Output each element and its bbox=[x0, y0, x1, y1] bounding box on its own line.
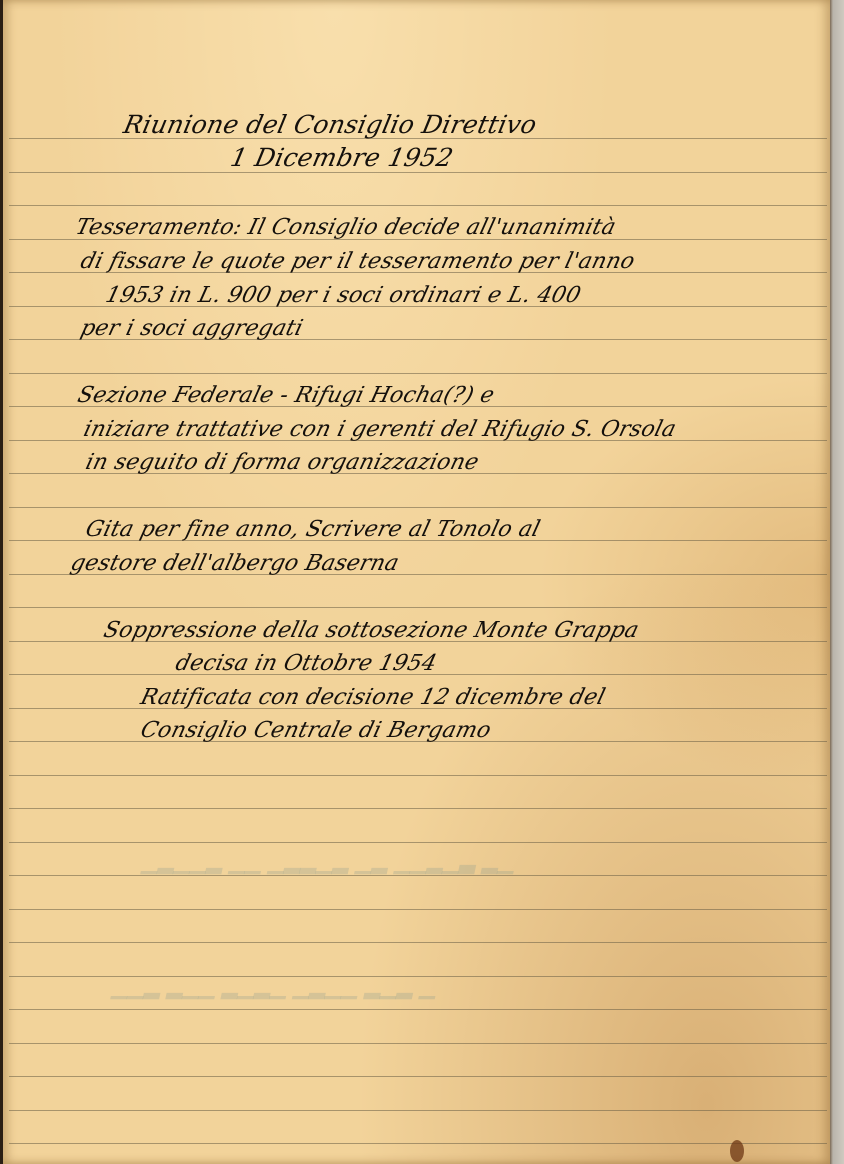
entry-4-line-3: Ratificata con decisione 12 dicembre del bbox=[138, 685, 608, 710]
ruled-line bbox=[9, 875, 827, 876]
entry-4-line-4: Consiglio Centrale di Bergamo bbox=[138, 718, 494, 743]
entry-3-line-2: gestore dell'albergo Baserna bbox=[68, 551, 402, 576]
ruled-line bbox=[9, 373, 827, 374]
ruled-line bbox=[9, 172, 827, 173]
entry-2-line-2: iniziare trattative con i gerenti del Ri… bbox=[81, 417, 679, 442]
entry-1-line-2: di fissare le quote per il tesseramento … bbox=[78, 249, 637, 274]
ruled-line bbox=[9, 1009, 827, 1010]
ruled-line bbox=[9, 909, 827, 910]
ruled-line bbox=[9, 808, 827, 809]
entry-4-line-2: decisa in Ottobre 1954 bbox=[173, 651, 439, 676]
ruled-line bbox=[9, 1143, 827, 1144]
ruled-line bbox=[9, 942, 827, 943]
entry-1-line-1: Tesseramento: Il Consiglio decide all'un… bbox=[73, 215, 618, 240]
ruled-line bbox=[9, 205, 827, 206]
ruled-line bbox=[9, 1043, 827, 1044]
ruled-line bbox=[9, 607, 827, 608]
ink-stain bbox=[730, 1140, 744, 1162]
entry-2-line-1: Sezione Federale - Rifugi Hocha(?) e bbox=[75, 383, 497, 408]
entry-1-line-4: per i soci aggregati bbox=[78, 316, 306, 341]
ruled-line bbox=[9, 1110, 827, 1111]
title-line-1: Riunione del Consiglio Direttivo bbox=[121, 110, 539, 139]
show-through-text: ▁ ▂▁▂ ▁▁▂▁ ▁▂▁▂ ▁▁▂ ▂▁▁ bbox=[110, 975, 439, 999]
ruled-line bbox=[9, 775, 827, 776]
entry-4-line-1: Soppressione della sottosezione Monte Gr… bbox=[101, 618, 641, 643]
notebook-page: ▁▂ ▃▁▂▁▁ ▂▁ ▂▁▂▂▁ ▁▁ ▂▁▁▂▁ ▁ ▂▁▂ ▁▁▂▁ ▁▂… bbox=[3, 0, 831, 1164]
show-through-text: ▁▂ ▃▁▂▁▁ ▂▁ ▂▁▂▂▁ ▁▁ ▂▁▁▂▁ bbox=[140, 850, 518, 874]
title-line-2: 1 Dicembre 1952 bbox=[228, 143, 456, 172]
ruled-line bbox=[9, 842, 827, 843]
entry-1-line-3: 1953 in L. 900 per i soci ordinari e L. … bbox=[103, 283, 583, 308]
ruled-line bbox=[9, 507, 827, 508]
ruled-line bbox=[9, 1076, 827, 1077]
entry-3-line-1: Gita per fine anno, Scrivere al Tonolo a… bbox=[83, 517, 543, 542]
entry-2-line-3: in seguito di forma organizzazione bbox=[83, 450, 481, 475]
next-page-edge bbox=[830, 0, 844, 1164]
